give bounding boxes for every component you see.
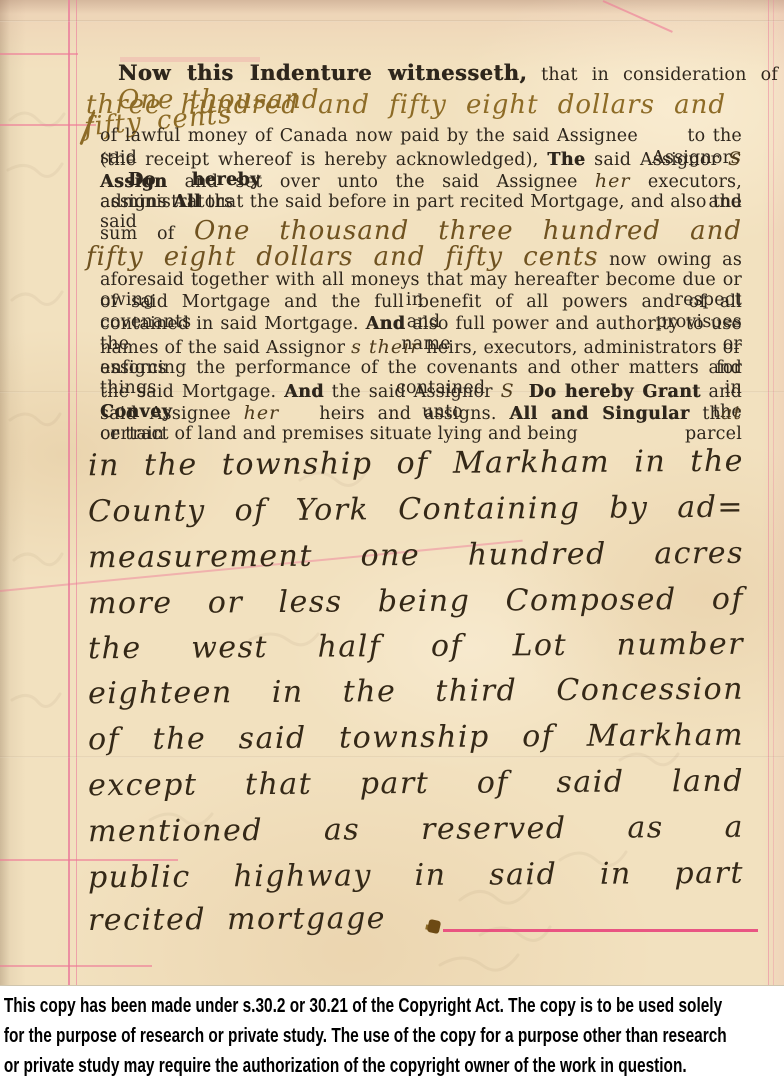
blackletter-text: The: [547, 150, 585, 170]
handwritten-insert: her: [244, 402, 280, 424]
handwriting-line: the west half of Lot number: [88, 627, 744, 667]
printed-text: contained in said Mortgage.: [100, 314, 366, 334]
handwriting-line: public highway in said in part: [88, 856, 744, 896]
handwriting-line: measurement one hundred acres: [88, 536, 744, 576]
printed-text: and: [701, 382, 742, 402]
handwriting-line: recited mortgage: [88, 901, 386, 938]
document-page: Now this Indenture witnesseth, that in c…: [0, 0, 784, 1082]
printed-text: the said Mortgage.: [100, 382, 284, 402]
margin-line: [0, 124, 96, 126]
handwriting-line: of the said township of Markham: [88, 718, 744, 758]
printed-text: or tract of land and premises situate ly…: [100, 424, 578, 444]
blank-space: [279, 418, 319, 419]
blackletter-text: Assign: [100, 172, 167, 192]
printed-text: sum of: [100, 224, 194, 244]
printed-text: heirs and assigns.: [319, 404, 509, 424]
handwriting-line: eighteen in the third Concession: [88, 672, 744, 712]
handwritten-insert: s their: [351, 336, 420, 358]
handwritten-insert: S: [728, 148, 742, 170]
copyright-line: This copy has been made under s.30.2 or …: [0, 991, 604, 1021]
handwritten-insert: S: [501, 380, 515, 402]
blackletter-text: And: [366, 314, 406, 334]
printed-text: th: [690, 404, 722, 424]
form-line: fifty eight dollars and fifty cents now …: [86, 242, 742, 272]
margin-line: [0, 53, 78, 55]
handwriting-line: County of York Containing by ad=: [88, 490, 744, 530]
margin-line: [0, 965, 152, 967]
blackletter-text: All: [173, 192, 201, 212]
blackletter-text: Grant: [642, 382, 700, 402]
printed-text: the said Assignor: [324, 382, 501, 402]
blackletter-text: Do: [529, 382, 557, 402]
left-margin-rule: [68, 0, 77, 985]
blackletter-text: All and Singular: [509, 404, 689, 424]
printed-text: names of the said Assignor: [100, 338, 351, 358]
printed-text: (the receipt whereof is hereby acknowled…: [100, 150, 547, 170]
handwritten-insert: at: [721, 402, 742, 424]
copyright-line: or private study may require the authori…: [0, 1051, 604, 1081]
fill-in-line: [443, 929, 758, 932]
printed-text: assigns: [100, 192, 173, 212]
blackletter-text: And: [284, 382, 324, 402]
blackletter-text: Now this Indenture witnesseth,: [118, 60, 527, 85]
printed-text: that in consideration of: [527, 65, 778, 85]
handwritten-insert: her: [595, 170, 631, 192]
ink-blot: [427, 919, 441, 934]
form-line: or tract of land and premises situate ly…: [100, 424, 742, 444]
printed-text: now owing as: [599, 250, 742, 270]
copyright-notice: This copy has been made under s.30.2 or …: [0, 985, 784, 1082]
corner-mark: [603, 0, 673, 33]
blank-space: [645, 140, 687, 141]
handwriting-line: more or less being Composed of: [88, 582, 744, 622]
printed-text: of lawful money of Canada now paid by th…: [100, 126, 645, 146]
fold-crease: [0, 20, 784, 22]
money-amount: fifty eight dollars and fifty cents: [86, 242, 599, 272]
right-margin-rule: [768, 0, 774, 985]
printed-text: and set over unto the said Assignee: [167, 172, 595, 192]
copyright-line: for the purpose of research or private s…: [0, 1021, 604, 1051]
handwriting-line: in the township of Markham in the: [88, 444, 744, 484]
blackletter-text: hereby: [556, 382, 642, 402]
printed-text: said Assignee: [100, 404, 244, 424]
handwriting-line: except that part of said land: [88, 764, 744, 804]
blank-space: [515, 396, 529, 397]
printed-text: said Assignor: [585, 150, 728, 170]
handwriting-line: mentioned as reserved as a: [88, 810, 744, 850]
